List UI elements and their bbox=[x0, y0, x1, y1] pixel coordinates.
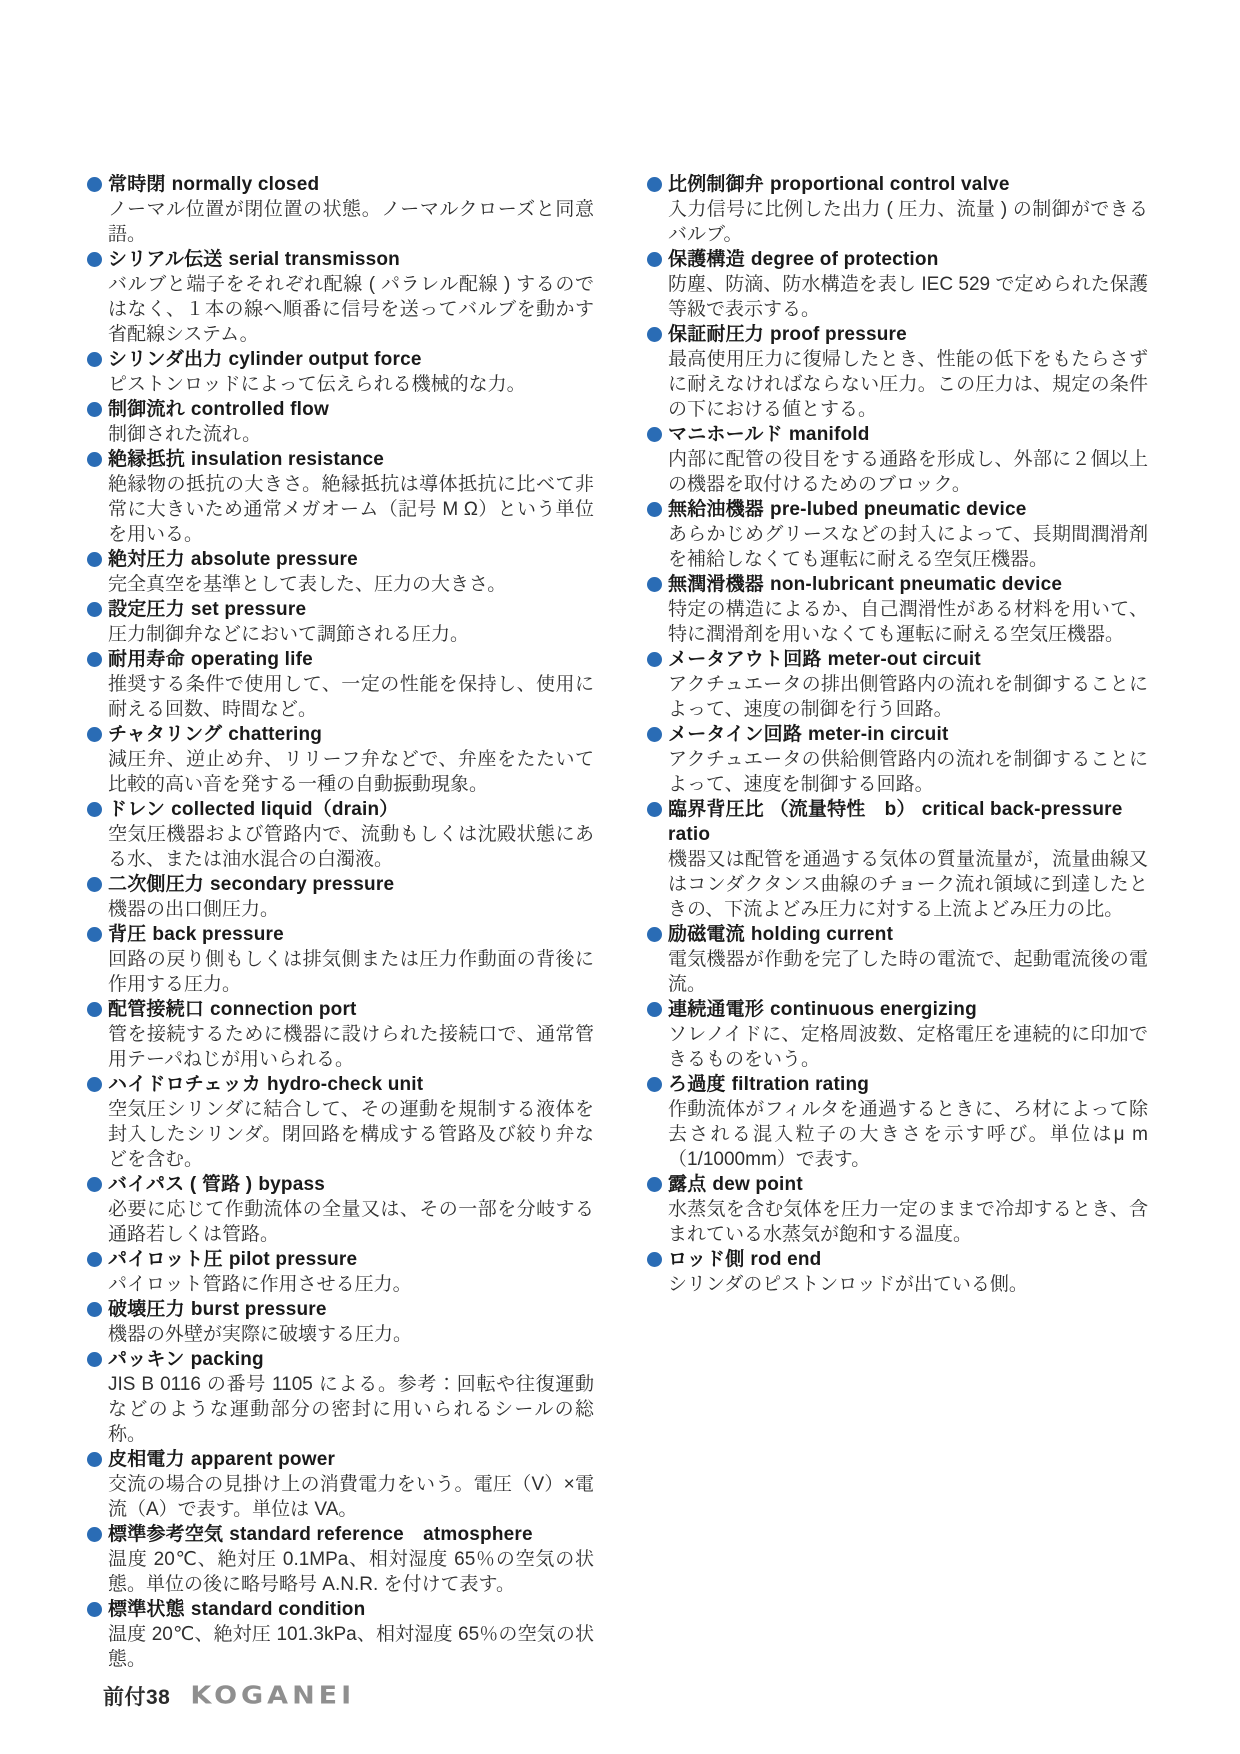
term-definition: ピストンロッドによって伝えられる機械的な力。 bbox=[108, 372, 594, 397]
term-definition: 圧力制御弁などにおいて調節される圧力。 bbox=[108, 622, 594, 647]
glossary-item: チャタリングchattering 減圧弁、逆止め弁、リリーフ弁などで、弁座をたた… bbox=[88, 722, 594, 797]
term-japanese: 絶対圧力 bbox=[108, 549, 185, 570]
term-english: rod end bbox=[750, 1249, 821, 1270]
term-japanese: 皮相電力 bbox=[108, 1449, 185, 1470]
bullet-icon bbox=[87, 252, 102, 267]
glossary-item: 無潤滑機器non-lubricant pneumatic device 特定の構… bbox=[648, 572, 1148, 647]
term-line: 比例制御弁proportional control valve bbox=[668, 172, 1148, 197]
glossary-item: 配管接続口connection port 管を接続するために機器に設けられた接続… bbox=[88, 997, 594, 1072]
glossary-item: 絶縁抵抗insulation resistance 絶縁物の抵抗の大きさ。絶縁抵… bbox=[88, 447, 594, 547]
bullet-icon bbox=[87, 727, 102, 742]
term-english: chattering bbox=[228, 724, 322, 745]
bullet-icon bbox=[87, 1352, 102, 1367]
term-english: meter-out circuit bbox=[828, 649, 981, 670]
term-japanese: ロッド側 bbox=[668, 1249, 744, 1270]
term-line: パイロット圧pilot pressure bbox=[108, 1247, 594, 1272]
term-japanese: 絶縁抵抗 bbox=[108, 449, 185, 470]
bullet-icon bbox=[647, 252, 662, 267]
glossary-item: 常時閉normally closed ノーマル位置が閉位置の状態。ノーマルクロー… bbox=[88, 172, 594, 247]
term-japanese: マニホールド bbox=[668, 424, 783, 445]
page-footer: 前付38 KOGANEI bbox=[103, 1680, 355, 1711]
term-definition: 必要に応じて作動流体の全量又は、その一部を分岐する通路若しくは管路。 bbox=[108, 1197, 594, 1247]
glossary-column-right: 比例制御弁proportional control valve 入力信号に比例し… bbox=[648, 172, 1148, 1672]
term-definition: 機器又は配管を通過する気体の質量流量が，流量曲線又はコンダクタンス曲線のチョーク… bbox=[668, 847, 1148, 922]
term-line: 配管接続口connection port bbox=[108, 997, 594, 1022]
term-japanese: 連続通電形 bbox=[668, 999, 764, 1020]
term-definition: シリンダのピストンロッドが出ている側。 bbox=[668, 1272, 1148, 1297]
glossary-item: 比例制御弁proportional control valve 入力信号に比例し… bbox=[648, 172, 1148, 247]
glossary-item: 保護構造degree of protection 防塵、防滴、防水構造を表し I… bbox=[648, 247, 1148, 322]
term-definition: 特定の構造によるか、自己潤滑性がある材料を用いて、特に潤滑剤を用いなくても運転に… bbox=[668, 597, 1148, 647]
term-line: ロッド側rod end bbox=[668, 1247, 1148, 1272]
term-english: filtration rating bbox=[732, 1074, 869, 1095]
term-english: degree of protection bbox=[751, 249, 939, 270]
bullet-icon bbox=[87, 877, 102, 892]
term-english: pilot pressure bbox=[229, 1249, 357, 1270]
bullet-icon bbox=[87, 1177, 102, 1192]
term-japanese: 二次側圧力 bbox=[108, 874, 204, 895]
term-line: 背圧back pressure bbox=[108, 922, 594, 947]
term-english: dew point bbox=[712, 1174, 802, 1195]
glossary-item: 絶対圧力absolute pressure 完全真空を基準として表した、圧力の大… bbox=[88, 547, 594, 597]
term-line: 破壊圧力burst pressure bbox=[108, 1297, 594, 1322]
term-line: 絶対圧力absolute pressure bbox=[108, 547, 594, 572]
bullet-icon bbox=[647, 177, 662, 192]
term-definition: 管を接続するために機器に設けられた接続口で、通常管用テーパねじが用いられる。 bbox=[108, 1022, 594, 1072]
glossary-columns: 常時閉normally closed ノーマル位置が閉位置の状態。ノーマルクロー… bbox=[88, 172, 1148, 1672]
bullet-icon bbox=[647, 1077, 662, 1092]
term-definition: 空気圧機器および管路内で、流動もしくは沈殿状態にある水、または油水混合の白濁液。 bbox=[108, 822, 594, 872]
term-japanese: チャタリング bbox=[108, 724, 222, 745]
term-english: cylinder output force bbox=[228, 349, 421, 370]
glossary-page: 常時閉normally closed ノーマル位置が閉位置の状態。ノーマルクロー… bbox=[0, 0, 1240, 1754]
bullet-icon bbox=[87, 927, 102, 942]
bullet-icon bbox=[87, 1302, 102, 1317]
term-definition: ソレノイドに、定格周波数、定格電圧を連続的に印加できるものをいう。 bbox=[668, 1022, 1148, 1072]
bullet-icon bbox=[87, 552, 102, 567]
term-japanese: ろ過度 bbox=[668, 1074, 726, 1095]
term-definition: バルブと端子をそれぞれ配線 ( パラレル配線 ) するのではなく、１本の線へ順番… bbox=[108, 272, 594, 347]
term-english: burst pressure bbox=[191, 1299, 327, 1320]
glossary-item: マニホールドmanifold 内部に配管の役目をする通路を形成し、外部に２個以上… bbox=[648, 422, 1148, 497]
bullet-icon bbox=[87, 1077, 102, 1092]
term-definition: 温度 20℃、絶対圧 101.3kPa、相対湿度 65％の空気の状態。 bbox=[108, 1622, 594, 1672]
term-line: 標準参考空気standard reference atmosphere bbox=[108, 1522, 594, 1547]
term-japanese: パッキン bbox=[108, 1349, 185, 1370]
term-line: 設定圧力set pressure bbox=[108, 597, 594, 622]
bullet-icon bbox=[647, 927, 662, 942]
term-definition: 減圧弁、逆止め弁、リリーフ弁などで、弁座をたたいて比較的高い音を発する一種の自動… bbox=[108, 747, 594, 797]
term-japanese: ドレン bbox=[108, 799, 165, 820]
term-english: hydro-check unit bbox=[267, 1074, 423, 1095]
term-definition: JIS B 0116 の番号 1105 による。参考：回転や往復運動などのような… bbox=[108, 1372, 594, 1447]
term-line: 二次側圧力secondary pressure bbox=[108, 872, 594, 897]
term-english: serial transmisson bbox=[228, 249, 400, 270]
term-definition: 電気機器が作動を完了した時の電流で、起動電流後の電流。 bbox=[668, 947, 1148, 997]
koganei-logo: KOGANEI bbox=[190, 1681, 355, 1710]
glossary-item: 露点dew point 水蒸気を含む気体を圧力一定のままで冷却するとき、含まれて… bbox=[648, 1172, 1148, 1247]
bullet-icon bbox=[647, 502, 662, 517]
bullet-icon bbox=[87, 602, 102, 617]
term-english: proportional control valve bbox=[770, 174, 1010, 195]
bullet-icon bbox=[647, 327, 662, 342]
bullet-icon bbox=[87, 1527, 102, 1542]
bullet-icon bbox=[647, 802, 662, 817]
bullet-icon bbox=[647, 1002, 662, 1017]
term-line: 耐用寿命operating life bbox=[108, 647, 594, 672]
glossary-item: メータイン回路meter-in circuit アクチュエータの供給側管路内の流… bbox=[648, 722, 1148, 797]
term-line: メータイン回路meter-in circuit bbox=[668, 722, 1148, 747]
term-english: connection port bbox=[210, 999, 357, 1020]
term-line: 制御流れcontrolled flow bbox=[108, 397, 594, 422]
term-line: 連続通電形continuous energizing bbox=[668, 997, 1148, 1022]
term-line: マニホールドmanifold bbox=[668, 422, 1148, 447]
term-japanese: 破壊圧力 bbox=[108, 1299, 185, 1320]
term-line: 臨界背圧比 （流量特性 b）critical back-pressure rat… bbox=[668, 797, 1148, 847]
term-line: ろ過度filtration rating bbox=[668, 1072, 1148, 1097]
term-line: 皮相電力apparent power bbox=[108, 1447, 594, 1472]
bullet-icon bbox=[87, 1252, 102, 1267]
term-japanese: シリンダ出力 bbox=[108, 349, 222, 370]
term-line: シリアル伝送serial transmisson bbox=[108, 247, 594, 272]
term-english: proof pressure bbox=[770, 324, 907, 345]
bullet-icon bbox=[647, 427, 662, 442]
bullet-icon bbox=[87, 452, 102, 467]
bullet-icon bbox=[87, 1002, 102, 1017]
glossary-item: パイロット圧pilot pressure パイロット管路に作用させる圧力。 bbox=[88, 1247, 594, 1297]
glossary-item: シリンダ出力cylinder output force ピストンロッドによって伝… bbox=[88, 347, 594, 397]
glossary-item: パッキンpacking JIS B 0116 の番号 1105 による。参考：回… bbox=[88, 1347, 594, 1447]
term-japanese: 保証耐圧力 bbox=[668, 324, 764, 345]
bullet-icon bbox=[87, 1452, 102, 1467]
glossary-item: 標準状態standard condition 温度 20℃、絶対圧 101.3k… bbox=[88, 1597, 594, 1672]
glossary-item: 制御流れcontrolled flow 制御された流れ。 bbox=[88, 397, 594, 447]
term-japanese: 無給油機器 bbox=[668, 499, 764, 520]
term-line: ハイドロチェッカhydro-check unit bbox=[108, 1072, 594, 1097]
term-japanese: ハイドロチェッカ bbox=[108, 1074, 261, 1095]
term-definition: 推奨する条件で使用して、一定の性能を保持し、使用に耐える回数、時間など。 bbox=[108, 672, 594, 722]
term-japanese: パイロット圧 bbox=[108, 1249, 223, 1270]
term-line: シリンダ出力cylinder output force bbox=[108, 347, 594, 372]
term-definition: 絶縁物の抵抗の大きさ。絶縁抵抗は導体抵抗に比べて非常に大きいため通常メガオーム（… bbox=[108, 472, 594, 547]
term-line: バイパス ( 管路 )bypass bbox=[108, 1172, 594, 1197]
term-japanese: 耐用寿命 bbox=[108, 649, 185, 670]
glossary-column-left: 常時閉normally closed ノーマル位置が閉位置の状態。ノーマルクロー… bbox=[88, 172, 594, 1672]
glossary-item: 破壊圧力burst pressure 機器の外壁が実際に破壊する圧力。 bbox=[88, 1297, 594, 1347]
term-definition: 作動流体がフィルタを通過するときに、ろ材によって除去される混入粒子の大きさを示す… bbox=[668, 1097, 1148, 1172]
term-definition: 防塵、防滴、防水構造を表し IEC 529 で定められた保護等級で表示する。 bbox=[668, 272, 1148, 322]
glossary-item: 保証耐圧力proof pressure 最高使用圧力に復帰したとき、性能の低下を… bbox=[648, 322, 1148, 422]
glossary-item: バイパス ( 管路 )bypass 必要に応じて作動流体の全量又は、その一部を分… bbox=[88, 1172, 594, 1247]
term-english: meter-in circuit bbox=[808, 724, 948, 745]
term-definition: パイロット管路に作用させる圧力。 bbox=[108, 1272, 594, 1297]
glossary-item: シリアル伝送serial transmisson バルブと端子をそれぞれ配線 (… bbox=[88, 247, 594, 347]
term-japanese: 比例制御弁 bbox=[668, 174, 764, 195]
term-line: 無潤滑機器non-lubricant pneumatic device bbox=[668, 572, 1148, 597]
term-english: back pressure bbox=[152, 924, 283, 945]
term-japanese: 露点 bbox=[668, 1174, 706, 1195]
term-english: collected liquid（drain） bbox=[171, 799, 398, 820]
term-definition: 内部に配管の役目をする通路を形成し、外部に２個以上の機器を取付けるためのブロック… bbox=[668, 447, 1148, 497]
glossary-item: メータアウト回路meter-out circuit アクチュエータの排出側管路内… bbox=[648, 647, 1148, 722]
term-english: pre-lubed pneumatic device bbox=[770, 499, 1027, 520]
term-definition: 制御された流れ。 bbox=[108, 422, 594, 447]
term-definition: アクチュエータの排出側管路内の流れを制御することによって、速度の制御を行う回路。 bbox=[668, 672, 1148, 722]
term-definition: 機器の出口側圧力。 bbox=[108, 897, 594, 922]
term-english: non-lubricant pneumatic device bbox=[770, 574, 1062, 595]
glossary-item: ロッド側rod end シリンダのピストンロッドが出ている側。 bbox=[648, 1247, 1148, 1297]
glossary-item: 標準参考空気standard reference atmosphere 温度 2… bbox=[88, 1522, 594, 1597]
glossary-item: 耐用寿命operating life 推奨する条件で使用して、一定の性能を保持し… bbox=[88, 647, 594, 722]
term-japanese: 保護構造 bbox=[668, 249, 745, 270]
footer-page-number: 前付38 bbox=[103, 1681, 170, 1711]
term-japanese: 配管接続口 bbox=[108, 999, 204, 1020]
glossary-item: 連続通電形continuous energizing ソレノイドに、定格周波数、… bbox=[648, 997, 1148, 1072]
term-japanese: シリアル伝送 bbox=[108, 249, 222, 270]
term-line: 保証耐圧力proof pressure bbox=[668, 322, 1148, 347]
glossary-item: 無給油機器pre-lubed pneumatic device あらかじめグリー… bbox=[648, 497, 1148, 572]
term-definition: 水蒸気を含む気体を圧力一定のままで冷却するとき、含まれている水蒸気が飽和する温度… bbox=[668, 1197, 1148, 1247]
bullet-icon bbox=[647, 1252, 662, 1267]
bullet-icon bbox=[87, 1602, 102, 1617]
glossary-item: ドレンcollected liquid（drain） 空気圧機器および管路内で、… bbox=[88, 797, 594, 872]
glossary-item: 二次側圧力secondary pressure 機器の出口側圧力。 bbox=[88, 872, 594, 922]
term-japanese: 設定圧力 bbox=[108, 599, 185, 620]
term-english: operating life bbox=[191, 649, 313, 670]
term-english: insulation resistance bbox=[191, 449, 384, 470]
term-japanese: メータアウト回路 bbox=[668, 649, 822, 670]
glossary-item: 皮相電力apparent power 交流の場合の見掛け上の消費電力をいう。電圧… bbox=[88, 1447, 594, 1522]
term-definition: ノーマル位置が閉位置の状態。ノーマルクローズと同意語。 bbox=[108, 197, 594, 247]
bullet-icon bbox=[87, 402, 102, 417]
term-definition: アクチュエータの供給側管路内の流れを制御することによって、速度を制御する回路。 bbox=[668, 747, 1148, 797]
bullet-icon bbox=[87, 802, 102, 817]
term-japanese: 標準状態 bbox=[108, 1599, 185, 1620]
term-japanese: 無潤滑機器 bbox=[668, 574, 764, 595]
term-line: 絶縁抵抗insulation resistance bbox=[108, 447, 594, 472]
term-definition: 完全真空を基準として表した、圧力の大きさ。 bbox=[108, 572, 594, 597]
glossary-item: 背圧back pressure 回路の戻り側もしくは排気側または圧力作動面の背後… bbox=[88, 922, 594, 997]
term-definition: 入力信号に比例した出力 ( 圧力、流量 ) の制御ができるバルブ。 bbox=[668, 197, 1148, 247]
term-english: controlled flow bbox=[191, 399, 329, 420]
term-line: 露点dew point bbox=[668, 1172, 1148, 1197]
term-english: packing bbox=[191, 1349, 264, 1370]
term-japanese: 標準参考空気 bbox=[108, 1524, 223, 1545]
term-definition: 最高使用圧力に復帰したとき、性能の低下をもたらさずに耐えなければならない圧力。こ… bbox=[668, 347, 1148, 422]
bullet-icon bbox=[647, 727, 662, 742]
term-definition: 空気圧シリンダに結合して、その運動を規制する液体を封入したシリンダ。閉回路を構成… bbox=[108, 1097, 594, 1172]
term-japanese: 臨界背圧比 （流量特性 b） bbox=[668, 799, 916, 820]
term-english: apparent power bbox=[191, 1449, 335, 1470]
bullet-icon bbox=[647, 577, 662, 592]
term-definition: 機器の外壁が実際に破壊する圧力。 bbox=[108, 1322, 594, 1347]
bullet-icon bbox=[647, 652, 662, 667]
term-line: ドレンcollected liquid（drain） bbox=[108, 797, 594, 822]
term-definition: あらかじめグリースなどの封入によって、長期間潤滑剤を補給しなくても運転に耐える空… bbox=[668, 522, 1148, 572]
term-line: 常時閉normally closed bbox=[108, 172, 594, 197]
term-english: secondary pressure bbox=[210, 874, 394, 895]
term-japanese: 励磁電流 bbox=[668, 924, 745, 945]
term-japanese: メータイン回路 bbox=[668, 724, 802, 745]
glossary-item: 励磁電流holding current 電気機器が作動を完了した時の電流で、起動… bbox=[648, 922, 1148, 997]
term-english: standard condition bbox=[191, 1599, 366, 1620]
term-line: 保護構造degree of protection bbox=[668, 247, 1148, 272]
glossary-item: ろ過度filtration rating 作動流体がフィルタを通過するときに、ろ… bbox=[648, 1072, 1148, 1172]
glossary-item: ハイドロチェッカhydro-check unit 空気圧シリンダに結合して、その… bbox=[88, 1072, 594, 1172]
glossary-item: 臨界背圧比 （流量特性 b）critical back-pressure rat… bbox=[648, 797, 1148, 922]
bullet-icon bbox=[647, 1177, 662, 1192]
term-line: 無給油機器pre-lubed pneumatic device bbox=[668, 497, 1148, 522]
term-english: set pressure bbox=[191, 599, 306, 620]
term-line: チャタリングchattering bbox=[108, 722, 594, 747]
term-line: パッキンpacking bbox=[108, 1347, 594, 1372]
term-english: absolute pressure bbox=[191, 549, 358, 570]
term-line: 標準状態standard condition bbox=[108, 1597, 594, 1622]
glossary-item: 設定圧力set pressure 圧力制御弁などにおいて調節される圧力。 bbox=[88, 597, 594, 647]
term-japanese: 背圧 bbox=[108, 924, 146, 945]
term-definition: 回路の戻り側もしくは排気側または圧力作動面の背後に作用する圧力。 bbox=[108, 947, 594, 997]
term-english: holding current bbox=[751, 924, 893, 945]
term-line: 励磁電流holding current bbox=[668, 922, 1148, 947]
bullet-icon bbox=[87, 352, 102, 367]
term-english: bypass bbox=[258, 1174, 325, 1195]
term-english: manifold bbox=[789, 424, 870, 445]
term-japanese: バイパス ( 管路 ) bbox=[108, 1174, 252, 1195]
bullet-icon bbox=[87, 177, 102, 192]
bullet-icon bbox=[87, 652, 102, 667]
term-english: normally closed bbox=[172, 174, 320, 195]
term-english: standard reference atmosphere bbox=[229, 1524, 533, 1545]
term-definition: 温度 20℃、絶対圧 0.1MPa、相対湿度 65％の空気の状態。単位の後に略号… bbox=[108, 1547, 594, 1597]
term-japanese: 常時閉 bbox=[108, 174, 166, 195]
term-japanese: 制御流れ bbox=[108, 399, 185, 420]
term-definition: 交流の場合の見掛け上の消費電力をいう。電圧（V）×電流（A）で表す。単位は VA… bbox=[108, 1472, 594, 1522]
term-english: continuous energizing bbox=[770, 999, 977, 1020]
term-line: メータアウト回路meter-out circuit bbox=[668, 647, 1148, 672]
